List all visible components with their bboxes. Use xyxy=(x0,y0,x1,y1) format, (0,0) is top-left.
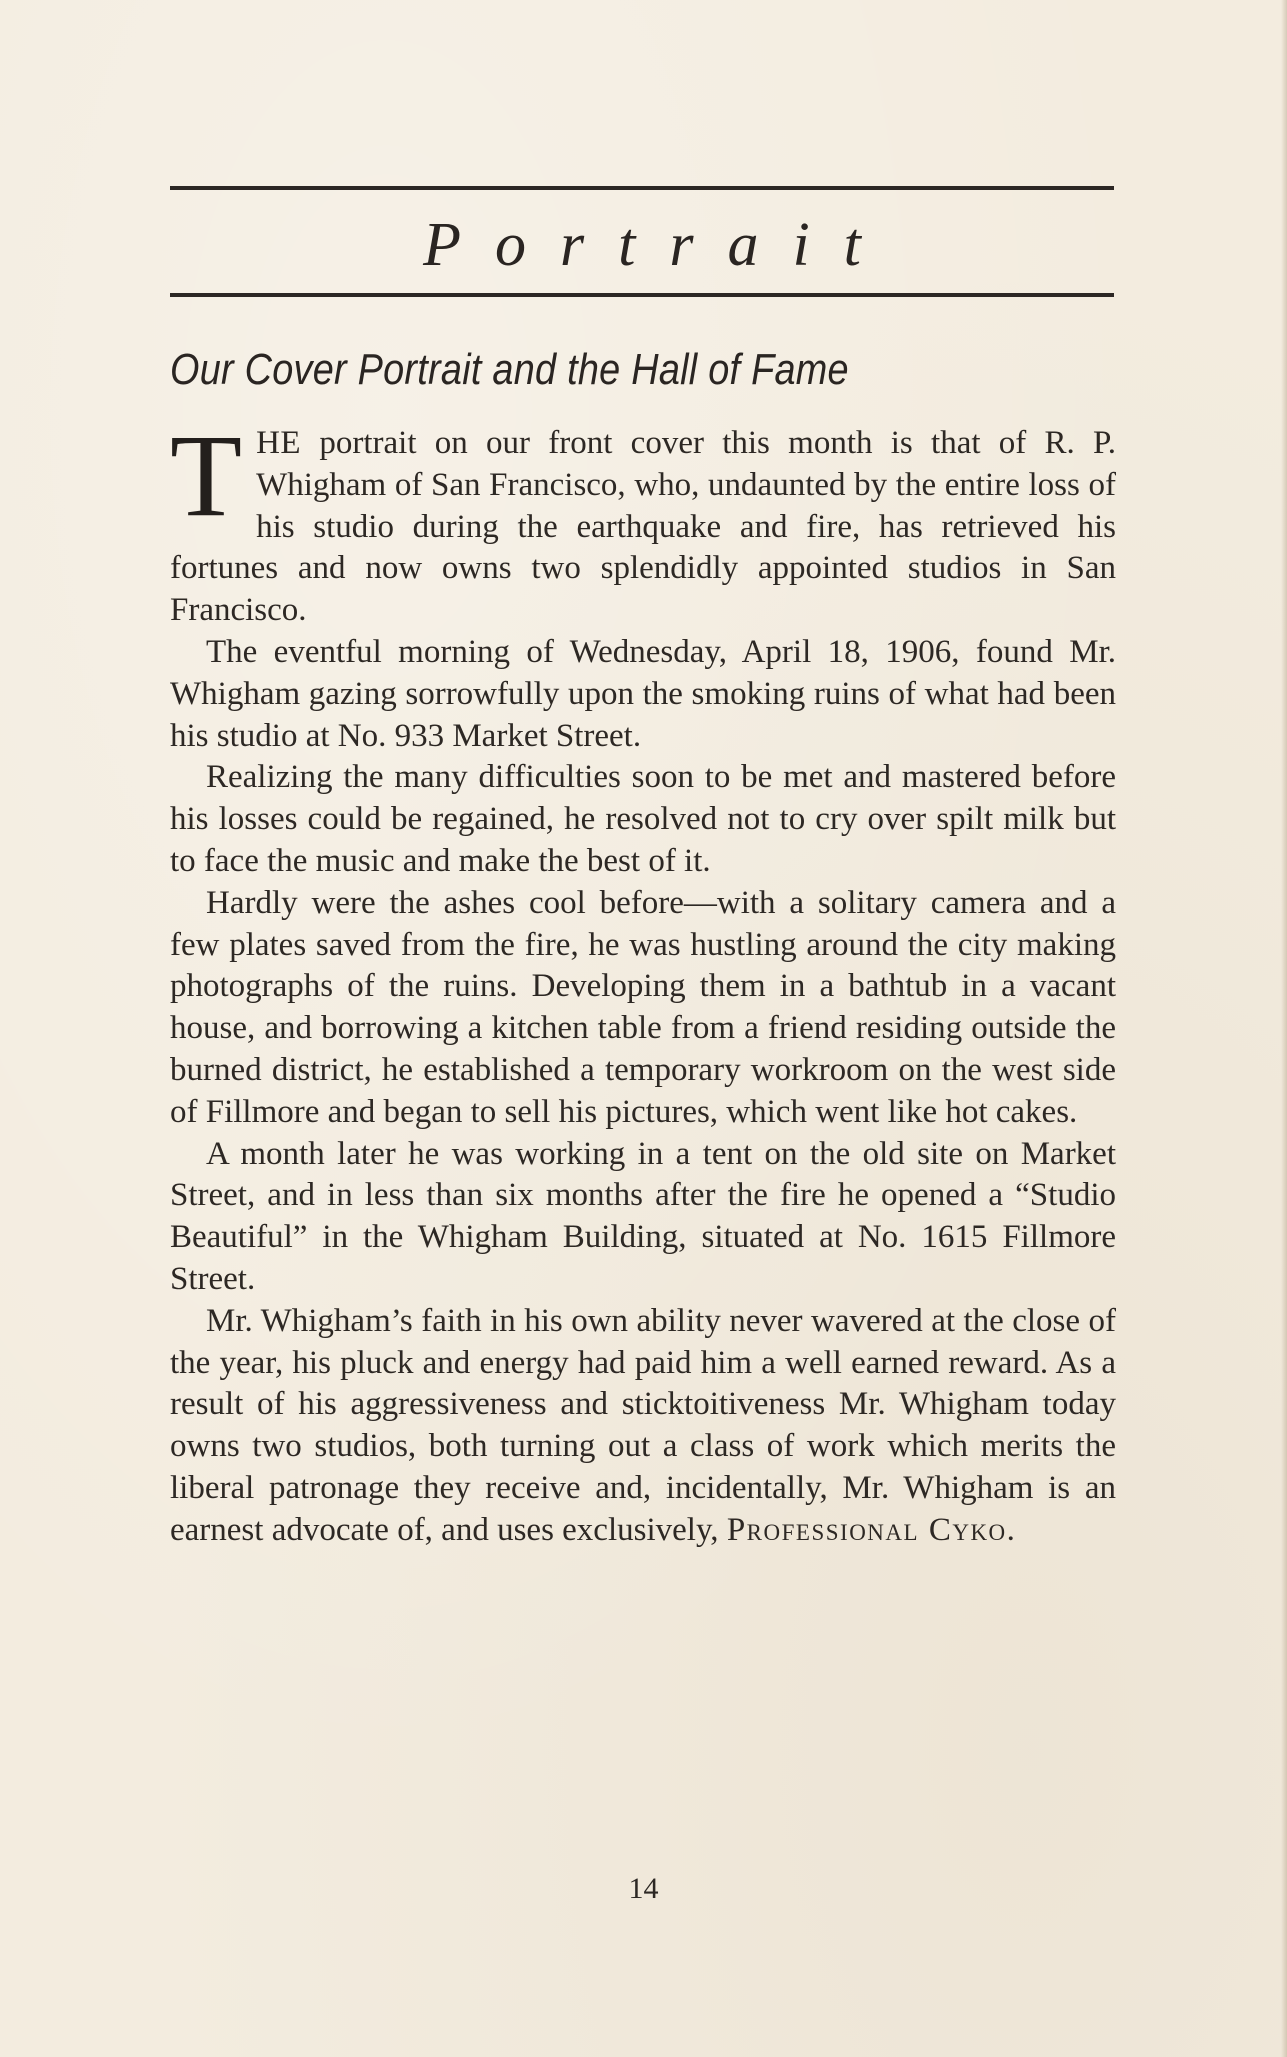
lead-caps: HE xyxy=(256,425,301,461)
paragraph-5: A month later he was working in a tent o… xyxy=(170,1134,1116,1301)
paragraph-1-text: portrait on our front cover this month i… xyxy=(170,425,1116,628)
article-title: Our Cover Portrait and the Hall of Fame xyxy=(170,338,982,402)
paragraph-4: Hardly were the ashes cool before—with a… xyxy=(170,883,1116,1134)
paragraph-6-end: . xyxy=(1007,1512,1015,1548)
paragraph-1: THE portrait on our front cover this mon… xyxy=(170,423,1116,632)
page-edge-shadow xyxy=(1281,0,1287,2057)
header-rule-top xyxy=(170,186,1114,190)
product-name: Professional Cyko xyxy=(727,1512,1007,1548)
header-rule-bottom xyxy=(170,293,1114,297)
paragraph-6: Mr. Whigham’s faith in his own ability n… xyxy=(170,1301,1116,1552)
article-body: THE portrait on our front cover this mon… xyxy=(170,423,1116,1552)
paragraph-3: Realizing the many difficulties soon to … xyxy=(170,757,1116,882)
paragraph-2: The eventful morning of Wednesday, April… xyxy=(170,632,1116,757)
document-page: Portrait Our Cover Portrait and the Hall… xyxy=(0,0,1287,2057)
section-title: Portrait xyxy=(170,200,1114,290)
page-number: 14 xyxy=(0,1872,1287,1906)
drop-cap: T xyxy=(170,429,242,529)
